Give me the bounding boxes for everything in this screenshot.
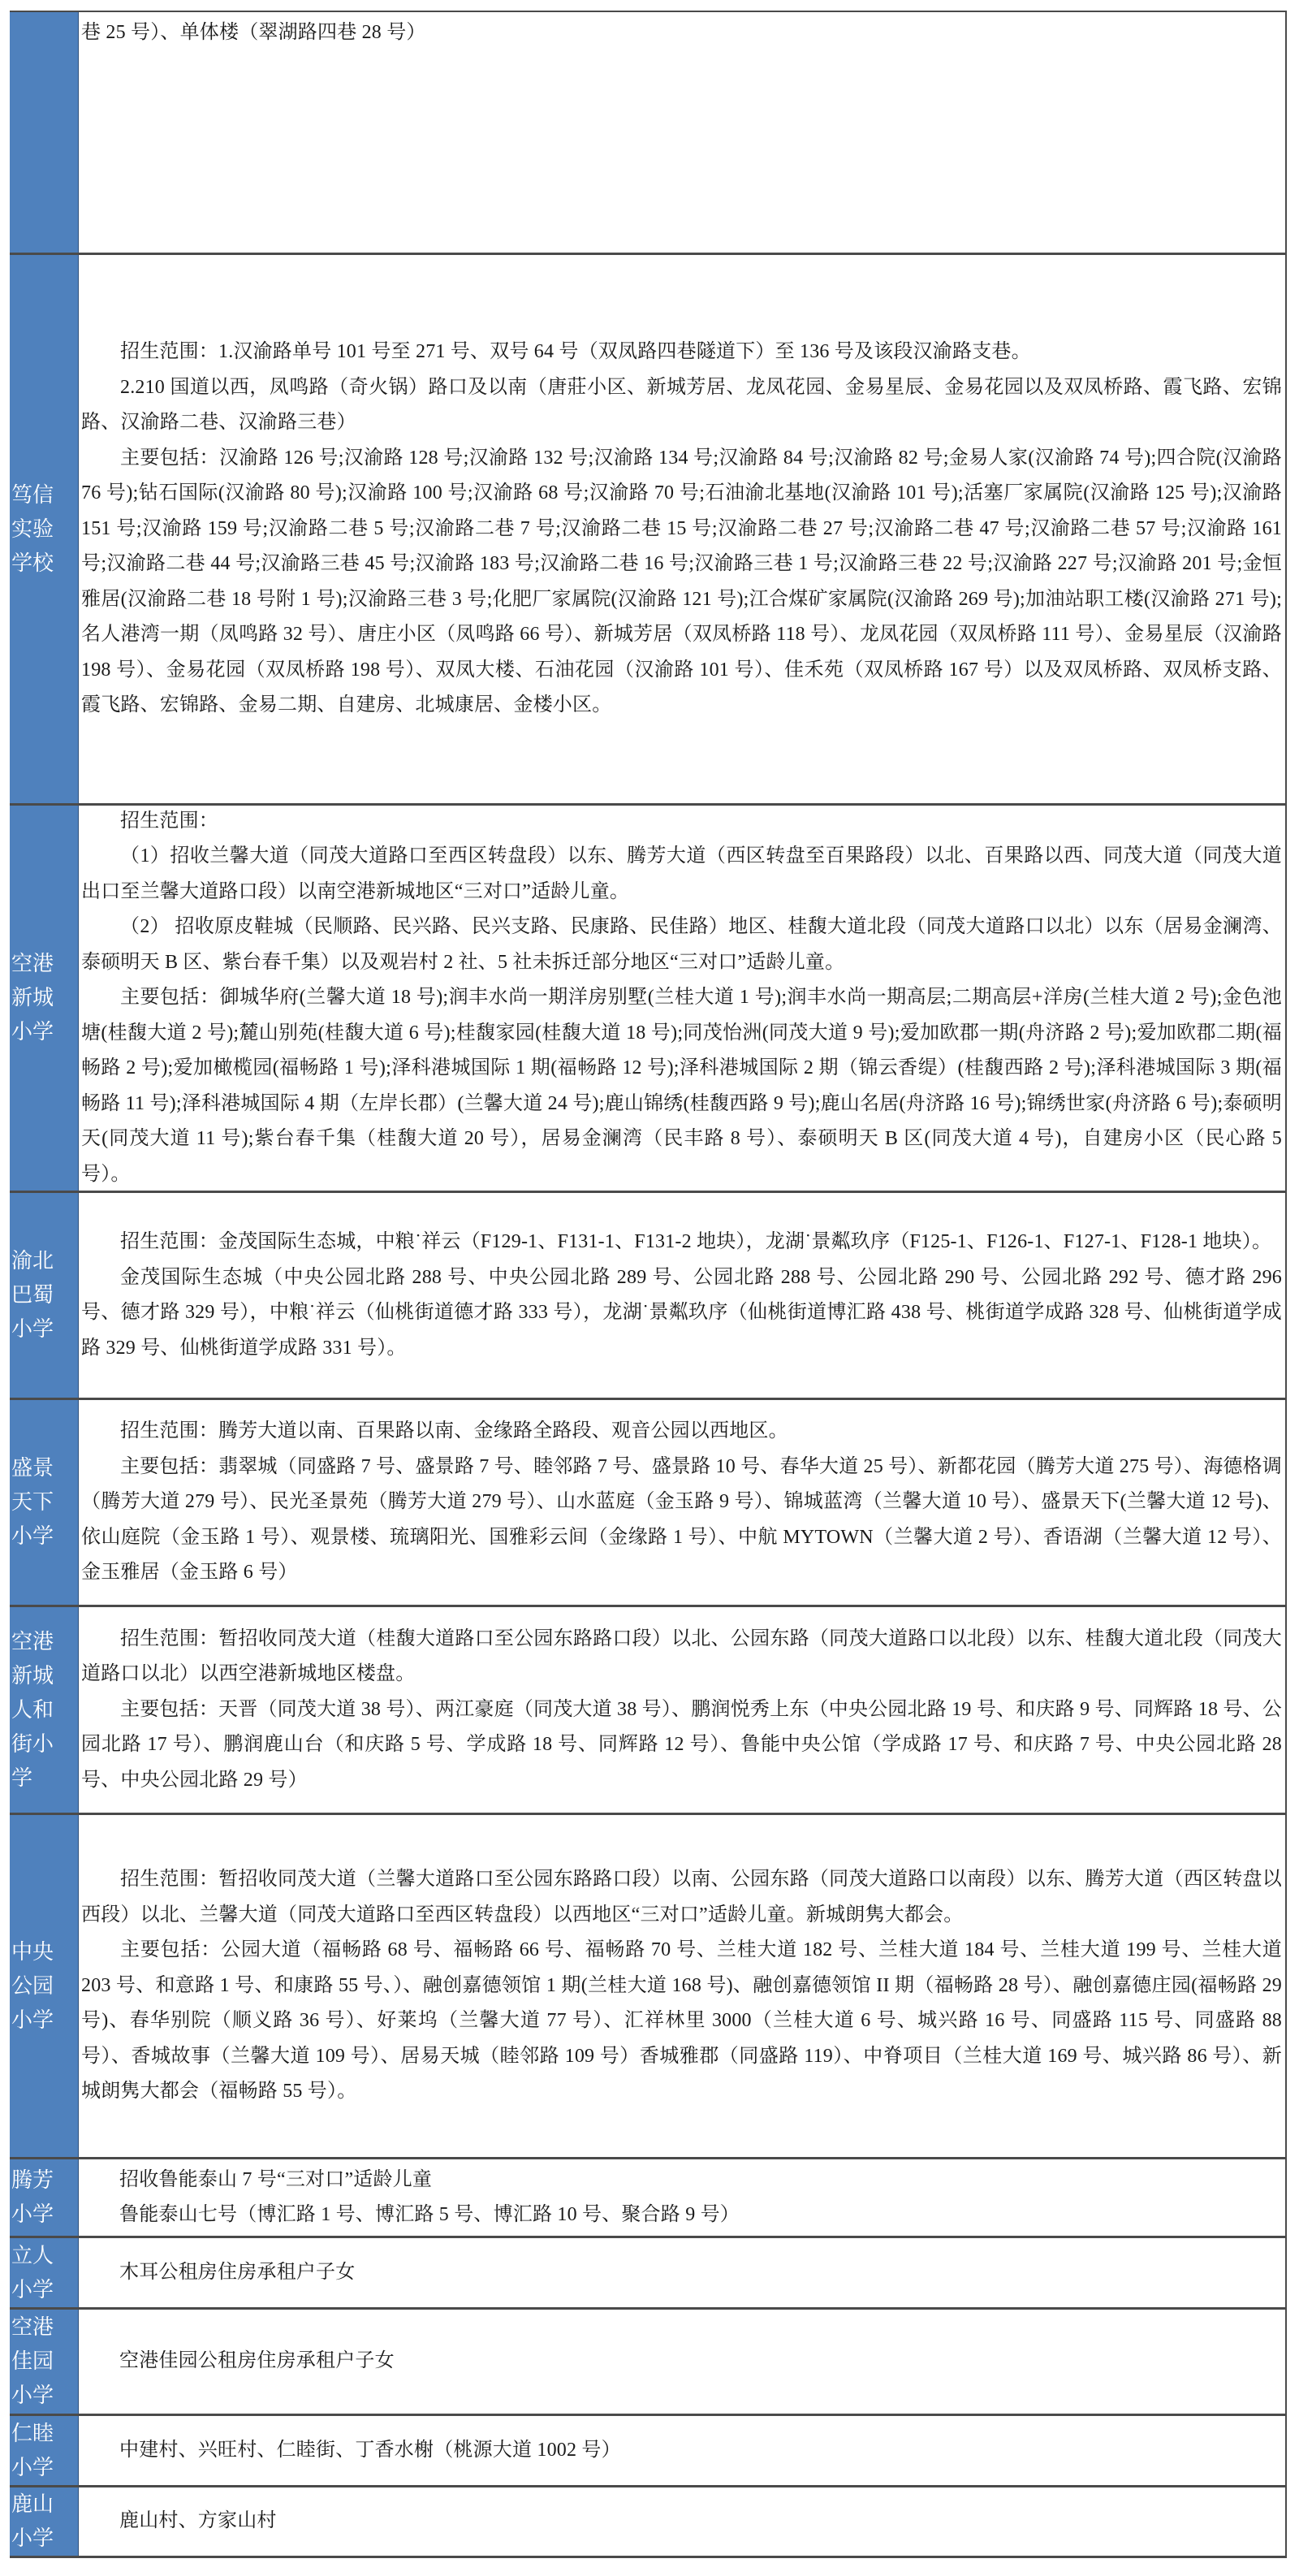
- enrollment-scope-cell: 招生范围：暂招收同茂大道（桂馥大道路口至公园东路路口段）以北、公园东路（同茂大道…: [79, 1607, 1285, 1813]
- school-name-cell: 仁睦小学: [10, 2416, 79, 2485]
- table-row: 腾芳小学 招收鲁能泰山 7 号“三对口”适龄儿童 鲁能泰山七号（博汇路 1 号、…: [10, 2159, 1285, 2238]
- table-row: 笃信实验学校 招生范围：1.汉渝路单号 101 号至 271 号、双号 64 号…: [10, 255, 1285, 806]
- enrollment-scope-cell: 鹿山村、方家山村: [79, 2487, 1285, 2556]
- enrollment-scope-cell: 招生范围：1.汉渝路单号 101 号至 271 号、双号 64 号（双凤路四巷隧…: [79, 255, 1285, 803]
- table-row: 中央公园小学 招生范围：暂招收同茂大道（兰馨大道路口至公园东路路口段）以南、公园…: [10, 1815, 1285, 2159]
- scope-paragraph: 2.210 国道以西，凤鸣路（奇火锅）路口及以南（唐莊小区、新城芳居、龙凤花园、…: [81, 370, 1282, 441]
- scope-paragraph: 鹿山村、方家山村: [119, 2504, 1282, 2539]
- table-row: 立人小学 木耳公租房住房承租户子女: [10, 2238, 1285, 2310]
- enrollment-scope-cell: 木耳公租房住房承租户子女: [79, 2238, 1285, 2307]
- school-name: 渝北巴蜀小学: [11, 1244, 57, 1346]
- school-name-cell: 中央公园小学: [10, 1815, 79, 2157]
- included-communities-paragraph: 主要包括：御城华府(兰馨大道 18 号);润丰水尚一期洋房别墅(兰桂大道 1 号…: [81, 980, 1282, 1192]
- school-name-cell: 腾芳小学: [10, 2159, 79, 2236]
- school-name: 仁睦小学: [11, 2417, 57, 2485]
- enrollment-scope-cell: 招生范围：金茂国际生态城，中粮˙祥云（F129-1、F131-1、F131-2 …: [79, 1193, 1285, 1398]
- school-name-cell: 空港佳园小学: [10, 2310, 79, 2414]
- table-row: 盛景天下小学 招生范围：腾芳大道以南、百果路以南、金缘路全路段、观音公园以西地区…: [10, 1400, 1285, 1607]
- table-row: 空港佳园小学 空港佳园公租房住房承租户子女: [10, 2310, 1285, 2416]
- school-name: 立人小学: [11, 2239, 57, 2307]
- table-row: 仁睦小学 中建村、兴旺村、仁睦街、丁香水榭（桃源大道 1002 号）: [10, 2416, 1285, 2487]
- included-communities-paragraph: 鲁能泰山七号（博汇路 1 号、博汇路 5 号、博汇路 10 号、聚合路 9 号）: [119, 2198, 1282, 2233]
- school-name-cell: 笃信实验学校: [10, 255, 79, 803]
- school-name-cell: 空港新城小学: [10, 806, 79, 1191]
- school-name: 盛景天下小学: [11, 1451, 57, 1554]
- scope-paragraph: （2） 招收原皮鞋城（民顺路、民兴路、民兴支路、民康路、民佳路）地区、桂馥大道北…: [81, 910, 1282, 980]
- table-row: 鹿山小学 鹿山村、方家山村: [10, 2487, 1285, 2558]
- scope-paragraph: 招生范围：1.汉渝路单号 101 号至 271 号、双号 64 号（双凤路四巷隧…: [81, 335, 1282, 370]
- school-name-cell: 鹿山小学: [10, 2487, 79, 2556]
- school-name: 空港佳园小学: [11, 2310, 57, 2413]
- school-name-cell: [10, 12, 79, 253]
- scope-paragraph: 木耳公租房住房承租户子女: [119, 2255, 1282, 2291]
- school-name: 空港新城人和街小学: [11, 1625, 57, 1796]
- included-communities-paragraph: 主要包括：翡翠城（同盛路 7 号、盛景路 7 号、睦邻路 7 号、盛景路 10 …: [81, 1450, 1282, 1591]
- scope-paragraph: 中建村、兴旺村、仁睦街、丁香水榭（桃源大道 1002 号）: [119, 2433, 1282, 2469]
- scope-paragraph: 招生范围：: [81, 804, 1282, 840]
- enrollment-scope-cell: 中建村、兴旺村、仁睦街、丁香水榭（桃源大道 1002 号）: [79, 2416, 1285, 2485]
- school-name: 笃信实验学校: [11, 478, 57, 581]
- scope-paragraph: 招生范围：暂招收同茂大道（桂馥大道路口至公园东路路口段）以北、公园东路（同茂大道…: [81, 1622, 1282, 1692]
- school-name: 腾芳小学: [11, 2163, 57, 2232]
- school-name-cell: 立人小学: [10, 2238, 79, 2307]
- school-name-cell: 盛景天下小学: [10, 1400, 79, 1605]
- school-name-cell: 空港新城人和街小学: [10, 1607, 79, 1813]
- enrollment-scope-cell: 招生范围：暂招收同茂大道（兰馨大道路口至公园东路路口段）以南、公园东路（同茂大道…: [79, 1815, 1285, 2157]
- enrollment-scope-cell: 空港佳园公租房住房承租户子女: [79, 2310, 1285, 2414]
- enrollment-scope-cell: 招收鲁能泰山 7 号“三对口”适龄儿童 鲁能泰山七号（博汇路 1 号、博汇路 5…: [79, 2159, 1285, 2236]
- school-name-cell: 渝北巴蜀小学: [10, 1193, 79, 1398]
- enrollment-scope-cell: 巷 25 号）、单体楼（翠湖路四巷 28 号）: [79, 12, 1285, 253]
- scope-paragraph: 招收鲁能泰山 7 号“三对口”适龄儿童: [119, 2163, 1282, 2198]
- included-communities-paragraph: 主要包括：公园大道（福畅路 68 号、福畅路 66 号、福畅路 70 号、兰桂大…: [81, 1933, 1282, 2110]
- school-name: 鹿山小学: [11, 2487, 57, 2556]
- school-name: 空港新城小学: [11, 947, 57, 1049]
- enrollment-scope-cell: 招生范围：腾芳大道以南、百果路以南、金缘路全路段、观音公园以西地区。 主要包括：…: [79, 1400, 1285, 1605]
- school-name: 中央公园小学: [11, 1935, 57, 2038]
- scope-paragraph: 巷 25 号）、单体楼（翠湖路四巷 28 号）: [81, 15, 1282, 51]
- scope-paragraph: 空港佳园公租房住房承租户子女: [119, 2344, 1282, 2379]
- scope-paragraph: 招生范围：腾芳大道以南、百果路以南、金缘路全路段、观音公园以西地区。: [81, 1414, 1282, 1450]
- table-row: 渝北巴蜀小学 招生范围：金茂国际生态城，中粮˙祥云（F129-1、F131-1、…: [10, 1193, 1285, 1400]
- scope-paragraph: 招生范围：暂招收同茂大道（兰馨大道路口至公园东路路口段）以南、公园东路（同茂大道…: [81, 1862, 1282, 1933]
- scope-paragraph: 招生范围：金茂国际生态城，中粮˙祥云（F129-1、F131-1、F131-2 …: [81, 1225, 1282, 1260]
- enrollment-zone-table: 巷 25 号）、单体楼（翠湖路四巷 28 号） 笃信实验学校 招生范围：1.汉渝…: [10, 11, 1287, 2558]
- included-communities-paragraph: 金茂国际生态城（中央公园北路 288 号、中央公园北路 289 号、公园北路 2…: [81, 1260, 1282, 1367]
- table-row: 空港新城人和街小学 招生范围：暂招收同茂大道（桂馥大道路口至公园东路路口段）以北…: [10, 1607, 1285, 1815]
- included-communities-paragraph: 主要包括：天晋（同茂大道 38 号）、两江豪庭（同茂大道 38 号）、鹏润悦秀上…: [81, 1692, 1282, 1799]
- table-row: 巷 25 号）、单体楼（翠湖路四巷 28 号）: [10, 12, 1285, 255]
- included-communities-paragraph: 主要包括：汉渝路 126 号;汉渝路 128 号;汉渝路 132 号;汉渝路 1…: [81, 441, 1282, 724]
- enrollment-scope-cell: 招生范围： （1）招收兰馨大道（同茂大道路口至西区转盘段）以东、腾芳大道（西区转…: [79, 806, 1285, 1191]
- table-row: 空港新城小学 招生范围： （1）招收兰馨大道（同茂大道路口至西区转盘段）以东、腾…: [10, 806, 1285, 1193]
- scope-paragraph: （1）招收兰馨大道（同茂大道路口至西区转盘段）以东、腾芳大道（西区转盘至百果路段…: [81, 839, 1282, 910]
